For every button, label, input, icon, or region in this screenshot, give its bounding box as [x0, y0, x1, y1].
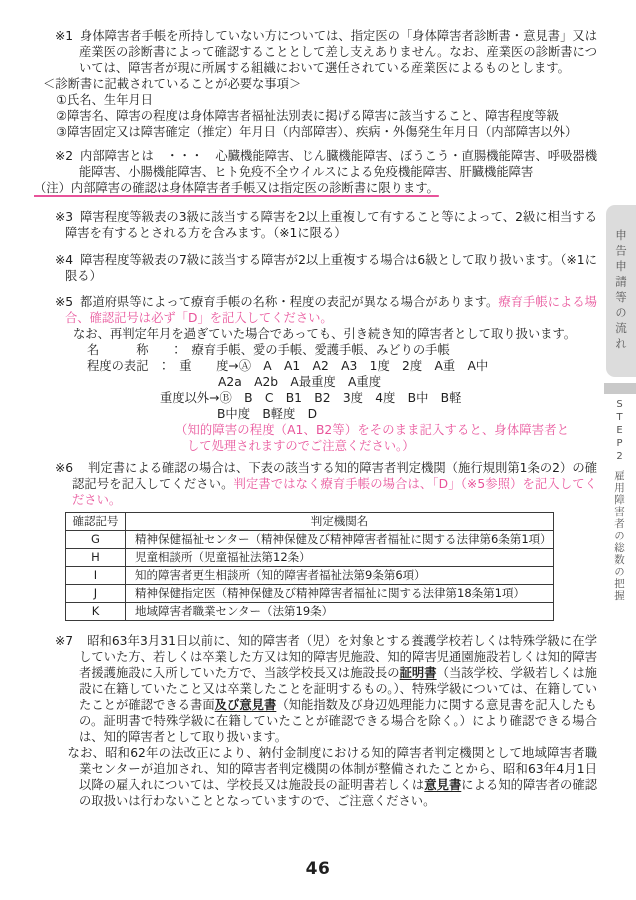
note-marker: ※6 — [55, 460, 88, 476]
note-paragraph: ※1身体障害者手帳を所持していない方については、指定医の「身体障害者診断書・意見… — [55, 28, 597, 76]
note-paragraph: ※3障害程度等級表の3級に該当する障害を2以上重複して有すること等によって、2級… — [55, 209, 597, 241]
note-text: 障害程度等級表の3級に該当する障害を2以上重複して有すること等によって、2級に相… — [65, 210, 597, 240]
text-segment: 意見書 — [424, 778, 461, 792]
techo-name-line: 名 称 ： 療育手帳、愛の手帳、愛護手帳、みどりの手帳 — [87, 342, 597, 358]
confirmation-symbol-cell: J — [66, 585, 126, 603]
note-paragraph: ※4障害程度等級表の7級に該当する障害が2以上重複する場合は6級として取り扱いま… — [55, 252, 597, 284]
page-number: 46 — [0, 861, 636, 877]
sidebar-tab-flow-label: 申告申請等の流れ — [613, 229, 629, 353]
document-page: ※1身体障害者手帳を所持していない方については、指定医の「身体障害者診断書・意見… — [0, 0, 636, 900]
table-row: I知的障害者更生相談所（知的障害者福祉法第9条第6項） — [66, 567, 554, 585]
sidebar-step-label-text: STEP2 — [611, 399, 627, 464]
required-item: ②障害名、障害の程度は身体障害者福祉法別表に掲げる障害に該当すること、障害程度等… — [56, 108, 597, 124]
note-paragraph: ※7昭和63年3月31日以前に、知的障害者（児）を対象とする養護学校若しくは特殊… — [55, 633, 597, 745]
note-rich-text: なお、昭和62年の法改正により、納付金制度における知的障害者判定機関として地域障… — [55, 746, 597, 808]
grade-notation-line: B中度 B軽度 D — [217, 406, 597, 422]
table-header-cell: 判定機関名 — [126, 513, 554, 531]
note-4: ※4障害程度等級表の7級に該当する障害が2以上重複する場合は6級として取り扱いま… — [55, 252, 597, 284]
notes-column: ※1身体障害者手帳を所持していない方については、指定医の「身体障害者診断書・意見… — [55, 28, 597, 809]
table-row: J精神保健指定医（精神保健及び精神障害者福祉に関する法律第18条第1項） — [66, 585, 554, 603]
note-text: 障害程度等級表の7級に該当する障害が2以上重複する場合は6級として取り扱います。… — [65, 253, 597, 283]
table-row: G精神保健福祉センター（精神保健及び精神障害者福祉に関する法律第6条第1項） — [66, 531, 554, 549]
note-7: ※7昭和63年3月31日以前に、知的障害者（児）を対象とする養護学校若しくは特殊… — [55, 633, 597, 809]
text-segment: 証明書 — [400, 666, 437, 680]
grade-notation-line: A2a A2b A最重度 A重度 — [218, 374, 597, 390]
judgment-agency-table: 確認記号判定機関名G精神保健福祉センター（精神保健及び精神障害者福祉に関する法律… — [65, 512, 554, 621]
note-rich-text: 昭和63年3月31日以前に、知的障害者（児）を対象とする養護学校若しくは特殊学級… — [79, 634, 597, 744]
note-text: 内部障害とは ・・・ 心臓機能障害、じん臓機能障害、ぼうこう・直腸機能障害、呼吸… — [79, 149, 597, 179]
note-marker: ※1 — [55, 28, 80, 44]
note-3: ※3障害程度等級表の3級に該当する障害を2以上重複して有すること等によって、2級… — [55, 209, 597, 241]
grade-notation-line: 程度の表記 ： 重 度→Ⓐ A A1 A2 A3 1度 2度 A重 A中 — [87, 358, 597, 374]
confirmation-symbol-cell: I — [66, 567, 126, 585]
required-item: ①氏名、生年月日 — [56, 92, 597, 108]
sidebar-tab-flow: 申告申請等の流れ — [606, 205, 636, 377]
note-5: ※5都道府県等によって療育手帳の名称・程度の表記が異なる場合があります。療育手帳… — [55, 294, 597, 454]
note-6: ※6判定書による確認の場合は、下表の該当する知的障害者判定機関（施行規則第1条の… — [55, 460, 597, 621]
pink-caution-note: （知的障害の程度（A1、B2等）をそのまま記入すると、身体障害者として処理されま… — [175, 422, 569, 454]
agency-name-cell: 地域障害者職業センター（法第19条） — [126, 603, 554, 621]
table-header-row: 確認記号判定機関名 — [66, 513, 554, 531]
attention-underlined-note: （注）内部障害の確認は身体障害者手帳又は指定医の診断書に限ります。 — [34, 180, 597, 196]
required-items-heading: ＜診断書に記載されていることが必要な事項＞ — [43, 76, 597, 92]
note-paragraph: ※5都道府県等によって療育手帳の名称・程度の表記が異なる場合があります。療育手帳… — [55, 294, 597, 326]
note-marker: ※4 — [55, 252, 80, 268]
agency-name-cell: 精神保健福祉センター（精神保健及び精神障害者福祉に関する法律第6条第1項） — [126, 531, 554, 549]
sidebar-step-marker-block — [604, 383, 636, 394]
note-marker: ※5 — [55, 294, 80, 310]
confirmation-symbol-cell: K — [66, 603, 126, 621]
grade-notation-line: 重度以外→Ⓑ B C B1 B2 3度 4度 B中 B軽 — [160, 390, 597, 406]
note-text: 都道府県等によって療育手帳の名称・程度の表記が異なる場合があります。 — [80, 295, 498, 309]
sidebar-step-title: 雇用障害者の総数の把握 — [608, 470, 630, 606]
sidebar-step-label: STEP2 — [608, 399, 630, 468]
agency-name-cell: 知的障害者更生相談所（知的障害者福祉法第9条第6項） — [126, 567, 554, 585]
note-supplement: なお、再判定年月を過ぎていた場合であっても、引き続き知的障害者として取り扱います… — [73, 326, 597, 342]
confirmation-symbol-cell: H — [66, 549, 126, 567]
note-1: ※1身体障害者手帳を所持していない方については、指定医の「身体障害者診断書・意見… — [55, 28, 597, 140]
note-text: 身体障害者手帳を所持していない方については、指定医の「身体障害者診断書・意見書」… — [79, 29, 597, 75]
sidebar-step-title-text: 雇用障害者の総数の把握 — [611, 470, 627, 602]
table-row: K地域障害者職業センター（法第19条） — [66, 603, 554, 621]
required-item: ③障害固定又は障害確定（推定）年月日（内部障害）、疾病・外傷発生年月日（内部障害… — [56, 124, 597, 140]
note-marker: ※3 — [55, 209, 80, 225]
confirmation-symbol-cell: G — [66, 531, 126, 549]
note-paragraph: ※2内部障害とは ・・・ 心臓機能障害、じん臓機能障害、ぼうこう・直腸機能障害、… — [55, 148, 597, 180]
note-paragraph: ※6判定書による確認の場合は、下表の該当する知的障害者判定機関（施行規則第1条の… — [55, 460, 597, 508]
table-header-cell: 確認記号 — [66, 513, 126, 531]
note-marker: ※2 — [55, 148, 80, 164]
note-marker: ※7 — [55, 633, 87, 649]
note-2: ※2内部障害とは ・・・ 心臓機能障害、じん臓機能障害、ぼうこう・直腸機能障害、… — [55, 148, 597, 196]
text-segment: 及び意見書 — [215, 698, 277, 712]
agency-name-cell: 精神保健指定医（精神保健及び精神障害者福祉に関する法律第18条第1項） — [126, 585, 554, 603]
note-paragraph: なお、昭和62年の法改正により、納付金制度における知的障害者判定機関として地域障… — [55, 745, 597, 809]
agency-name-cell: 児童相談所（児童福祉法第12条） — [126, 549, 554, 567]
table-row: H児童相談所（児童福祉法第12条） — [66, 549, 554, 567]
